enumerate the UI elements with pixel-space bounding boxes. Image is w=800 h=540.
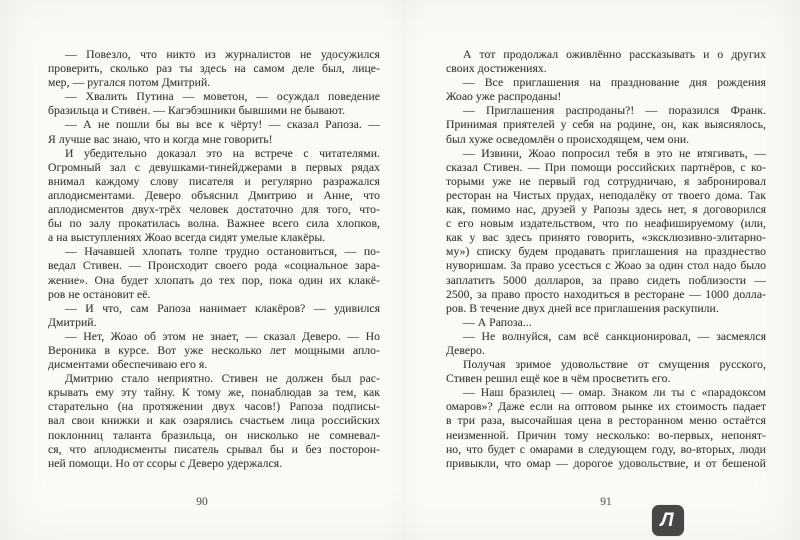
- text-line: старательно (на протяжении двух часов!) …: [48, 400, 380, 414]
- page-left-text: — Повезло, что никто из журналистов не у…: [48, 48, 380, 471]
- text-line: ресторан на Чистых прудах, неподалёку от…: [446, 189, 766, 203]
- text-line: а на выступлениях Жоао всегда сидят умел…: [48, 231, 380, 245]
- text-line: омаров»? Даже если на оптовом рынке их с…: [446, 400, 766, 414]
- text-line: — Повезло, что никто из журналистов не у…: [48, 48, 380, 62]
- page-right: А тот продолжал оживлённо рассказывать и…: [446, 48, 766, 508]
- text-line: ся, что аплодисменты писатель срывал бы …: [48, 443, 380, 457]
- text-line: заплатить 5000 долларов, за право сидеть…: [446, 274, 766, 288]
- labirint-logo: Л: [652, 505, 684, 536]
- text-line: — Извини, Жоао попросил тебя в это не вт…: [446, 147, 766, 161]
- text-line: Я лучше вас знаю, что и когда мне говори…: [48, 133, 380, 147]
- text-line: Жоао уже распроданы!: [446, 90, 766, 104]
- text-line: — А Рапоза...: [446, 316, 766, 330]
- text-line: Дмитрию стало неприятно. Стивен не долже…: [48, 372, 380, 386]
- text-line: Деверо.: [446, 344, 766, 358]
- text-line: как у вас здесь принято говорить, «экскл…: [446, 231, 766, 245]
- text-line: — Наш бразилец — омар. Знаком ли ты с «п…: [446, 386, 766, 400]
- text-line: как, помимо нас, друзей у Рапозы здесь н…: [446, 203, 766, 217]
- text-line: Принимая приятелей у себя на родине, он,…: [446, 118, 766, 132]
- text-line: — Начавшей хлопать толпе трудно останови…: [48, 245, 380, 259]
- text-line: бразильца и Стивен. — Кагэбэшники бывшим…: [48, 104, 380, 118]
- text-line: крывать ему эту тайну. К тому же, понабл…: [48, 386, 380, 400]
- page-right-text: А тот продолжал оживлённо рассказывать и…: [446, 48, 766, 471]
- text-line: ведал Стивен. — Происходит своего рода «…: [48, 259, 380, 273]
- text-line: с его новым издательством, что по неафиш…: [446, 217, 766, 231]
- text-line: Огромный зал с девушками-тинейджерами в …: [48, 161, 380, 175]
- text-line: Получая зримое удовольствие от смущения …: [446, 358, 766, 372]
- text-line: был хуже осведомлён о происходящем, чем …: [446, 133, 766, 147]
- labirint-logo-letter: Л: [660, 511, 673, 530]
- text-line: аплодисментами. Деверо объяснил Дмитрию …: [48, 189, 380, 203]
- text-line: Дмитрий.: [48, 316, 380, 330]
- text-line: дисментами обеспечиваю его я.: [48, 358, 380, 372]
- text-line: привыкли, что омар — дорогое удовольстви…: [446, 457, 766, 471]
- text-line: но, что будет с омарами в следующем году…: [446, 443, 766, 457]
- page-number-left: 90: [36, 496, 368, 508]
- text-line: нуворишам. За право усесться с Жоао за о…: [446, 259, 766, 273]
- text-line: И убедительно доказал это на встрече с ч…: [48, 147, 380, 161]
- page-number-right: 91: [446, 496, 766, 508]
- text-line: своих достижениях.: [446, 62, 766, 76]
- text-line: — Нет, Жоао об этом не знает, — сказал Д…: [48, 330, 380, 344]
- page-left: — Повезло, что никто из журналистов не у…: [48, 48, 380, 508]
- text-line: Вероника в курсе. Вот уже несколько лет …: [48, 344, 380, 358]
- text-line: торыми уже не первый год сотрудничаю, я …: [446, 175, 766, 189]
- text-line: — И что, сам Рапоза нанимает клакёров? —…: [48, 302, 380, 316]
- text-line: — Приглашения распроданы?! — поразился Ф…: [446, 104, 766, 118]
- text-line: мер, — ругался потом Дмитрий.: [48, 76, 380, 90]
- text-line: ров не остановит её.: [48, 288, 380, 302]
- text-line: аплодисментов двух-трёх человек достаточ…: [48, 203, 380, 217]
- book-spread: — Повезло, что никто из журналистов не у…: [0, 0, 800, 540]
- text-line: в три раза, высочайшая цена в ресторанно…: [446, 414, 766, 428]
- text-line: ров. В течение двух дней все приглашения…: [446, 302, 766, 316]
- text-line: — Все приглашения на празднование дня ро…: [446, 76, 766, 90]
- text-line: внимал каждому слову писателя и регулярн…: [48, 175, 380, 189]
- text-line: жение». Она будет хлопать до тех пор, по…: [48, 274, 380, 288]
- text-line: Стивен решил ещё кое в чём просветить ег…: [446, 372, 766, 386]
- text-line: бы по залу прокатилась волна. Важнее все…: [48, 217, 380, 231]
- text-line: ней помощи. Но от ссоры с Деверо удержал…: [48, 457, 380, 471]
- text-line: — Хвалить Путина — моветон, — осуждал по…: [48, 90, 380, 104]
- text-line: сказал Стивен. — При помощи российских п…: [446, 161, 766, 175]
- text-line: вал свои книжки и как озарялись счастьем…: [48, 414, 380, 428]
- text-line: А тот продолжал оживлённо рассказывать и…: [446, 48, 766, 62]
- text-line: проверить, сколько раз ты здесь на самом…: [48, 62, 380, 76]
- text-line: поклонниц таланта бразильца, он нискольк…: [48, 429, 380, 443]
- text-line: неизменной. Причин тому несколько: во-пе…: [446, 429, 766, 443]
- text-line: — Не волнуйся, сам всё санкционировал, —…: [446, 330, 766, 344]
- text-line: 2500, за право просто находиться в ресто…: [446, 288, 766, 302]
- text-line: — А не пошли бы вы все к чёрту! — сказал…: [48, 118, 380, 132]
- text-line: му») списку будем продавать приглашения …: [446, 245, 766, 259]
